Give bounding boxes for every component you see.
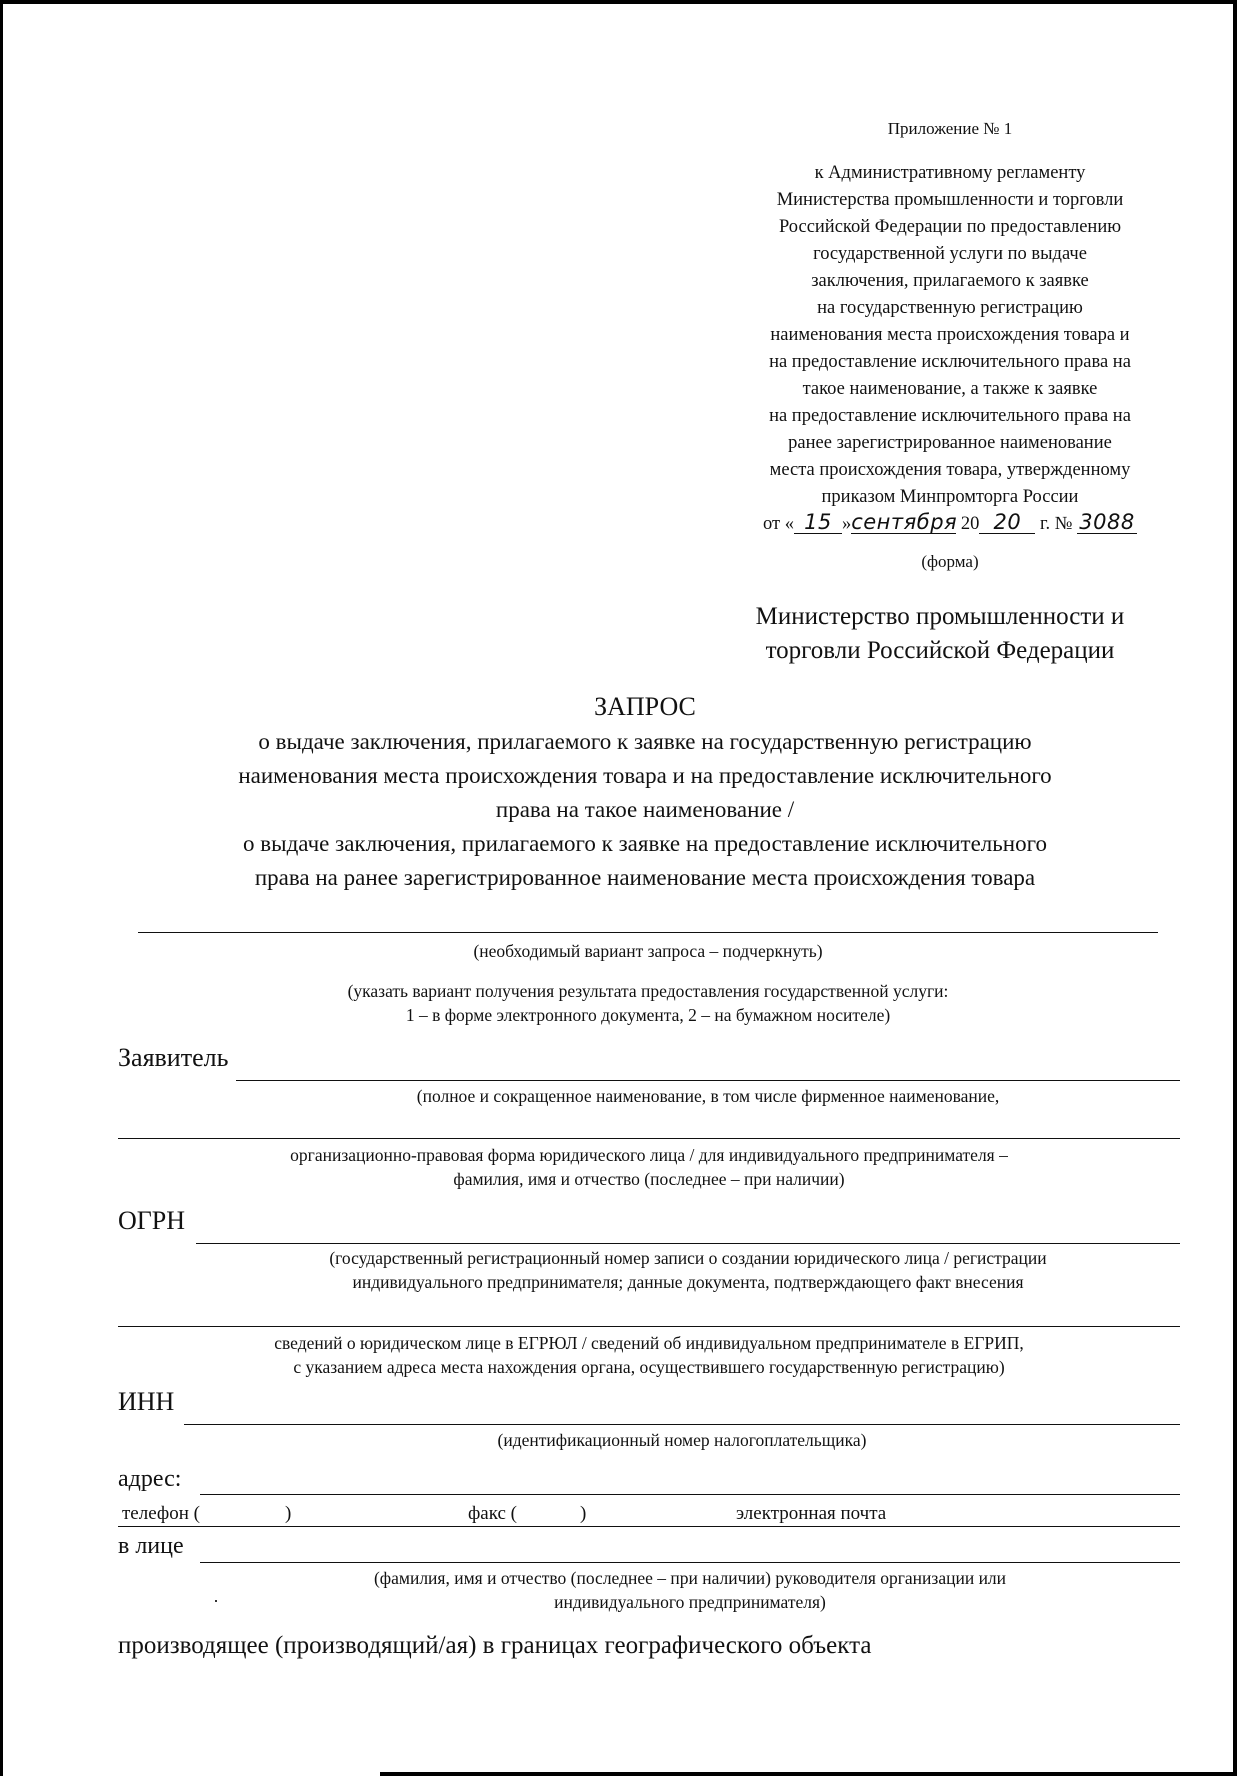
appendix-line: на предоставление исключительного права …	[720, 403, 1180, 430]
appendix-line: Министерства промышленности и торговли	[720, 187, 1180, 214]
producer-text: производящее (производящий/ая) в граница…	[118, 1632, 871, 1660]
fax-close: )	[580, 1502, 586, 1526]
applicant-label: Заявитель	[118, 1044, 228, 1072]
applicant-field[interactable]	[236, 1054, 1180, 1081]
phone-label: телефон (	[122, 1502, 200, 1526]
order-quote-close: »	[842, 514, 851, 534]
applicant-hint-line: организационно-правовая форма юридическо…	[118, 1143, 1180, 1167]
phone-label-text: телефон (	[122, 1503, 200, 1524]
ogrn-hint-1: (государственный регистрационный номер з…	[196, 1246, 1180, 1294]
address-field[interactable]	[200, 1468, 1180, 1495]
appendix-line: на государственную регистрацию	[720, 295, 1180, 322]
delivery-hint-line: 1 – в форме электронного документа, 2 – …	[138, 1003, 1158, 1027]
order-number-label: г. №	[1040, 514, 1072, 534]
delivery-variant-field[interactable]	[138, 906, 1158, 933]
form-label: (форма)	[720, 548, 1180, 575]
appendix-line: наименования места происхождения товара …	[720, 322, 1180, 349]
ogrn-hint-2: сведений о юридическом лице в ЕГРЮЛ / св…	[118, 1331, 1180, 1379]
appendix-block: Приложение № 1 к Административному регла…	[720, 115, 1180, 575]
person-label: в лице	[118, 1532, 184, 1560]
appendix-line: приказом Минпромторга России	[720, 484, 1180, 511]
email-label: электронная почта	[736, 1502, 886, 1526]
ogrn-label: ОГРН	[118, 1207, 185, 1235]
address-label: адрес:	[118, 1465, 181, 1493]
order-year-handwritten: 20	[979, 511, 1035, 534]
applicant-field-2[interactable]	[118, 1112, 1180, 1139]
request-subtitle-line[interactable]: права на ранее зарегистрированное наимен…	[110, 861, 1180, 895]
delivery-hint-line: (указать вариант получения результата пр…	[138, 979, 1158, 1003]
order-date-line: от «15»сентября 2020 г. № 3088	[720, 511, 1180, 538]
person-hint-line: (фамилия, имя и отчество (последнее – пр…	[200, 1566, 1180, 1590]
delivery-hint: (указать вариант получения результата пр…	[138, 979, 1158, 1027]
scan-border-right	[1233, 0, 1237, 1776]
person-field[interactable]	[200, 1536, 1180, 1563]
ministry-name: Министерство промышленности и торговли Р…	[700, 600, 1180, 668]
contacts-underline	[118, 1526, 1180, 1527]
appendix-line: такое наименование, а также к заявке	[720, 376, 1180, 403]
ogrn-hint-line: (государственный регистрационный номер з…	[196, 1246, 1180, 1270]
phone-number-field[interactable]	[300, 1500, 460, 1526]
scan-speck	[215, 1600, 217, 1602]
order-prefix: от «	[763, 514, 794, 534]
fax-label: факс (	[468, 1502, 517, 1526]
ogrn-hint-line: с указанием адреса места нахождения орга…	[118, 1355, 1180, 1379]
inn-label: ИНН	[118, 1388, 174, 1416]
scan-border-top	[0, 0, 1236, 4]
person-hint: (фамилия, имя и отчество (последнее – пр…	[200, 1566, 1180, 1614]
scan-border-bottom	[380, 1772, 1236, 1776]
ministry-line: торговли Российской Федерации	[700, 634, 1180, 668]
phone-close: )	[285, 1502, 291, 1526]
appendix-line: Российской Федерации по предоставлению	[720, 214, 1180, 241]
fax-number-field[interactable]	[596, 1500, 726, 1526]
appendix-line: места происхождения товара, утвержденном…	[720, 457, 1180, 484]
request-subtitle-line[interactable]: о выдаче заключения, прилагаемого к заяв…	[110, 725, 1180, 759]
appendix-line: государственной услуги по выдаче	[720, 241, 1180, 268]
ogrn-field[interactable]	[196, 1217, 1180, 1244]
request-subtitle: о выдаче заключения, прилагаемого к заяв…	[110, 725, 1180, 895]
request-title: ЗАПРОС	[120, 690, 1170, 724]
request-subtitle-line[interactable]: о выдаче заключения, прилагаемого к заяв…	[110, 827, 1180, 861]
appendix-line: на предоставление исключительного права …	[720, 349, 1180, 376]
email-field[interactable]	[945, 1500, 1175, 1526]
order-day-handwritten: 15	[794, 511, 842, 534]
fax-code-field[interactable]	[530, 1500, 578, 1526]
appendix-lines: к Административному регламенту Министерс…	[720, 160, 1180, 511]
order-number-handwritten: 3088	[1077, 511, 1137, 534]
request-subtitle-line[interactable]: права на такое наименование /	[110, 793, 1180, 827]
appendix-title: Приложение № 1	[720, 115, 1180, 142]
scan-border-left	[0, 0, 3, 1776]
appendix-line: заключения, прилагаемого к заявке	[720, 268, 1180, 295]
order-year-prefix: 20	[961, 514, 980, 534]
variant-hint: (необходимый вариант запроса – подчеркну…	[138, 939, 1158, 963]
ogrn-hint-line: сведений о юридическом лице в ЕГРЮЛ / св…	[118, 1331, 1180, 1355]
applicant-hint-line: фамилия, имя и отчество (последнее – при…	[118, 1167, 1180, 1191]
appendix-line: ранее зарегистрированное наименование	[720, 430, 1180, 457]
order-month-handwritten: сентября	[851, 511, 956, 534]
applicant-hint-1: (полное и сокращенное наименование, в то…	[236, 1084, 1180, 1108]
person-hint-line: индивидуального предпринимателя)	[200, 1590, 1180, 1614]
ogrn-hint-line: индивидуального предпринимателя; данные …	[196, 1270, 1180, 1294]
ministry-line: Министерство промышленности и	[700, 600, 1180, 634]
phone-code-field[interactable]	[218, 1500, 282, 1526]
request-subtitle-line[interactable]: наименования места происхождения товара …	[110, 759, 1180, 793]
applicant-hint-2: организационно-правовая форма юридическо…	[118, 1143, 1180, 1191]
appendix-line: к Административному регламенту	[720, 160, 1180, 187]
ogrn-field-2[interactable]	[118, 1300, 1180, 1327]
inn-field[interactable]	[184, 1398, 1180, 1425]
inn-hint: (идентификационный номер налогоплательщи…	[184, 1428, 1180, 1452]
